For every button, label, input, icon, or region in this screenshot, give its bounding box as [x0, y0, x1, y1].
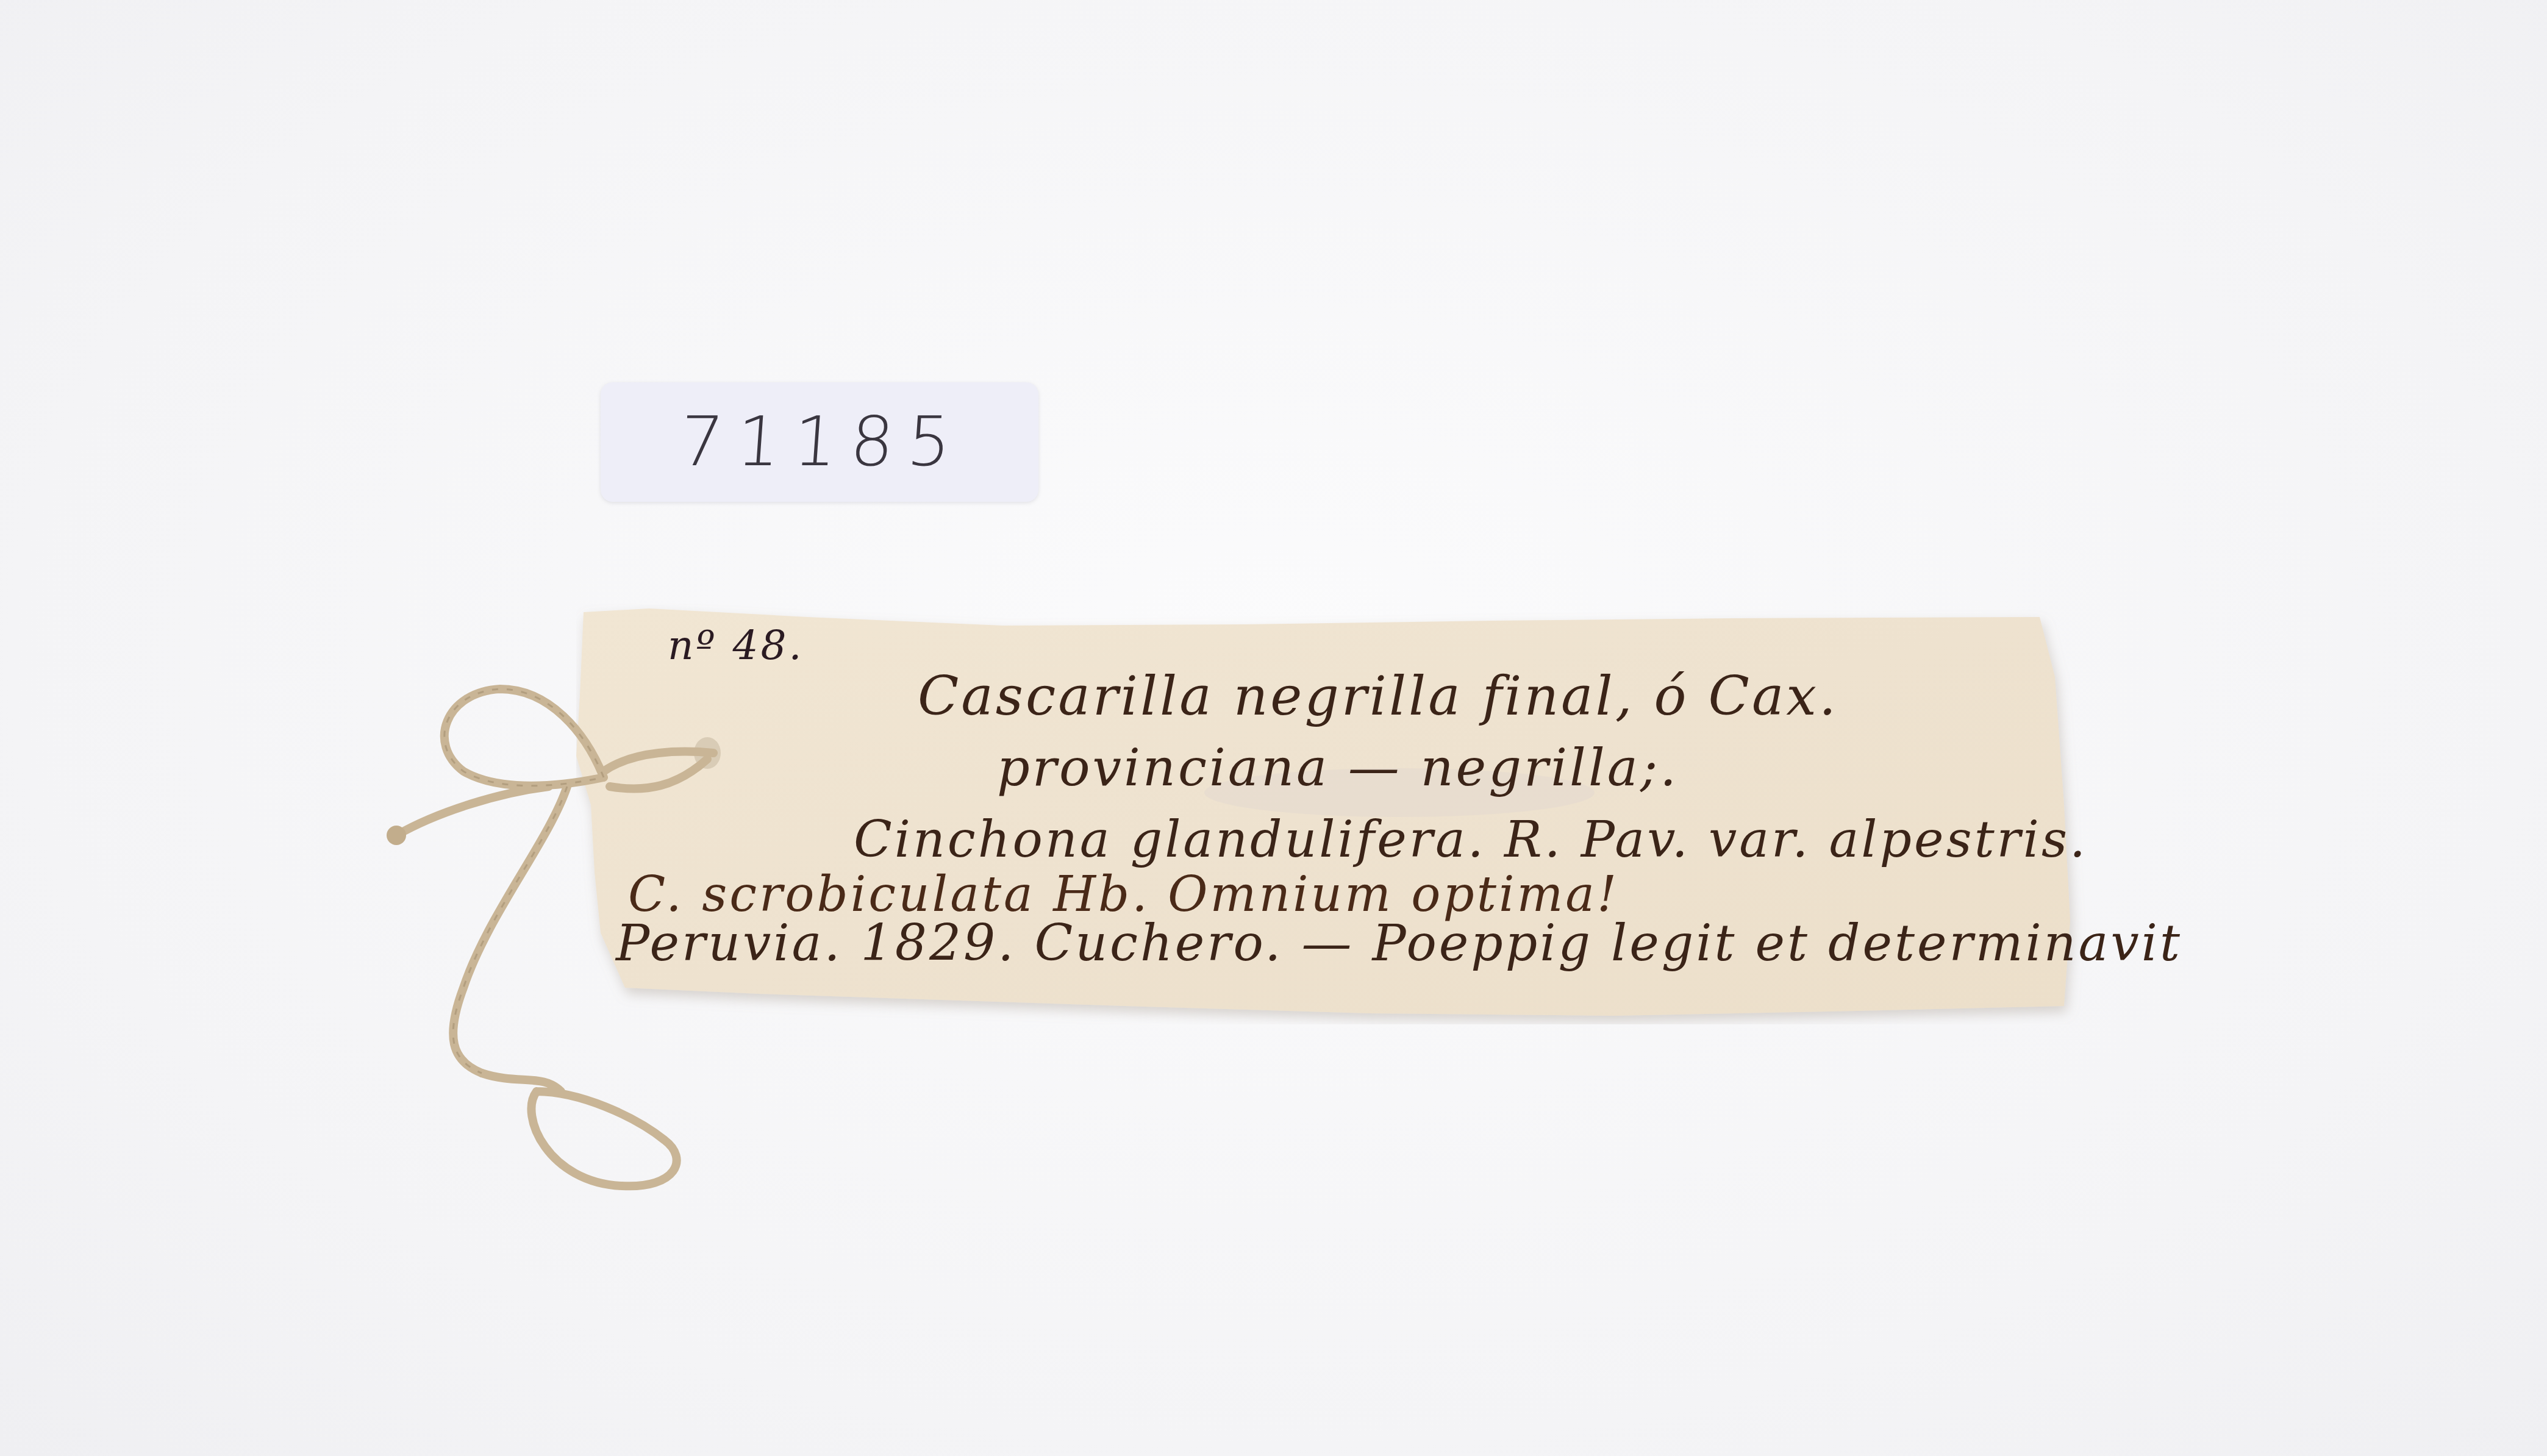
catalog-number: 71185 [677, 402, 966, 482]
label-line-locality-collector: Peruvia. 1829. Cuchero. — Poeppig legit … [616, 915, 2182, 972]
collection-number: nº 48. [668, 622, 804, 669]
label-line-variety-name: provinciana — negrilla;. [997, 738, 1679, 798]
specimen-label-tag: nº 48. Cascarilla negrilla final, ó Cax.… [576, 604, 2095, 1024]
label-line-common-name: Cascarilla negrilla final, ó Cax. [918, 665, 1838, 727]
label-line-scientific-name: Cinchona glandulifera. R. Pav. var. alpe… [854, 811, 2088, 869]
catalog-number-sticker: 71185 [601, 382, 1038, 502]
